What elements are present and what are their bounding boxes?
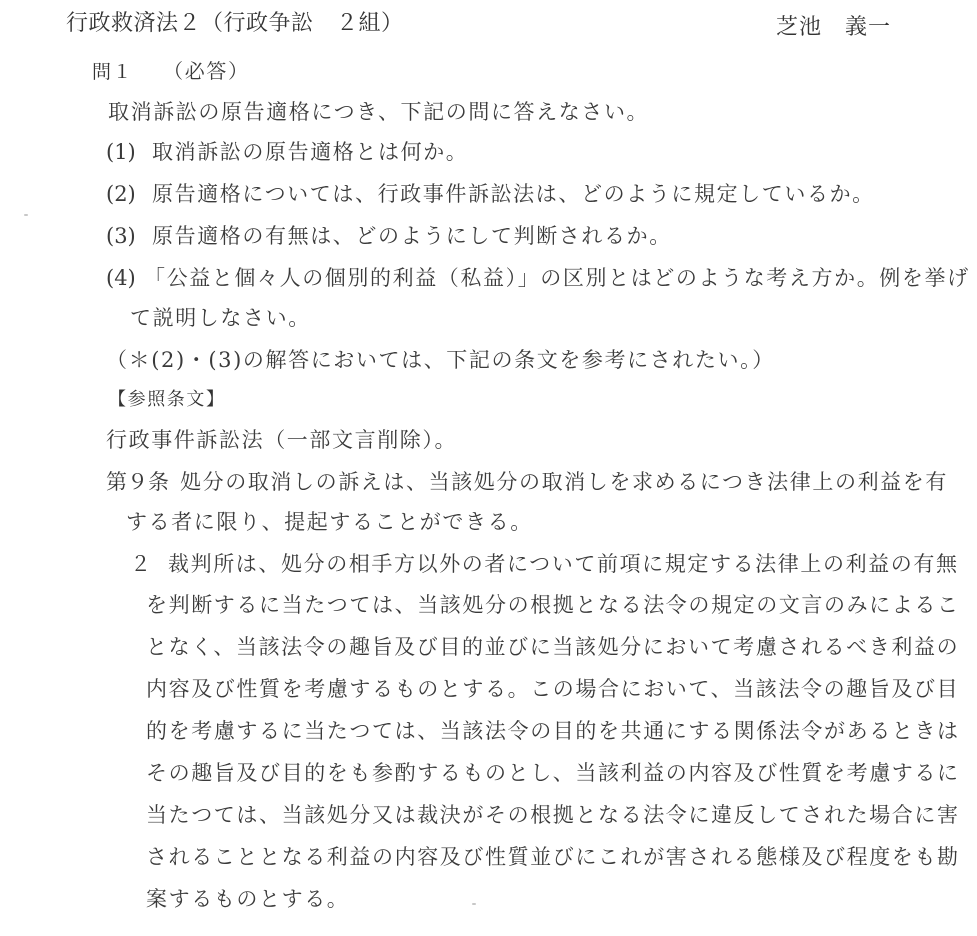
question-heading: 問１ （必答） bbox=[92, 57, 250, 86]
question-footnote: （＊(2)・(3)の解答においては、下記の条文を参考にされたい。） bbox=[106, 346, 775, 374]
question-intro: 取消訴訟の原告適格につき、下記の問に答えなさい。 bbox=[108, 98, 649, 126]
item-number: (2) bbox=[106, 180, 152, 208]
question-item-2: (2)原告適格については、行政事件訴訟法は、どのように規定しているか。 bbox=[106, 180, 875, 208]
paragraph-2-line-5: 的を考慮するに当たつては、当該法令の目的を共通にする関係法令があるときは bbox=[146, 717, 960, 745]
question-item-4-continued: て説明しなさい。 bbox=[130, 304, 311, 332]
scan-speck bbox=[472, 903, 476, 905]
paragraph-2-line-9: 案するものとする。 bbox=[146, 885, 349, 913]
paragraph-2-line-6: その趣旨及び目的をも参酌するものとし、当該利益の内容及び性質を考慮するに bbox=[146, 759, 960, 787]
document-title: 行政救済法２（行政争訟 ２組） bbox=[66, 10, 404, 38]
item-text: 原告適格については、行政事件訴訟法は、どのように規定しているか。 bbox=[152, 182, 875, 206]
paragraph-2-line-7: 当たつては、当該処分又は裁決がその根拠となる法令に違反してされた場合に害 bbox=[146, 801, 960, 829]
author-name: 芝池 義一 bbox=[776, 14, 891, 42]
article-text: 処分の取消しの訴えは、当該処分の取消しを求めるにつき法律上の利益を有 bbox=[180, 470, 948, 494]
item-number: (1) bbox=[106, 138, 152, 166]
item-text: 「公益と個々人の個別的利益（私益）」の区別とはどのような考え方か。例を挙げ bbox=[144, 266, 970, 290]
item-text: 取消訴訟の原告適格とは何か。 bbox=[152, 140, 468, 164]
article-9-line-2: する者に限り、提起することができる。 bbox=[126, 508, 533, 536]
question-item-3: (3)原告適格の有無は、どのようにして判断されるか。 bbox=[106, 222, 672, 250]
paragraph-text: 裁判所は、処分の相手方以外の者について前項に規定する法律上の利益の有無 bbox=[168, 552, 959, 576]
item-text: 原告適格の有無は、どのようにして判断されるか。 bbox=[152, 224, 672, 248]
item-number: (4) bbox=[106, 264, 144, 292]
question-note: （必答） bbox=[163, 59, 249, 83]
question-item-1: (1)取消訴訟の原告適格とは何か。 bbox=[106, 138, 468, 166]
paragraph-number: ２ bbox=[130, 550, 168, 578]
paragraph-2-line-8: されることとなる利益の内容及び性質並びにこれが害される態様及び程度をも勘 bbox=[146, 843, 960, 871]
paragraph-2-line-3: となく、当該法令の趣旨及び目的並びに当該処分において考慮されるべき利益の bbox=[146, 633, 959, 661]
question-label: 問１ bbox=[92, 61, 133, 83]
question-item-4: (4)「公益と個々人の個別的利益（私益）」の区別とはどのような考え方か。例を挙げ bbox=[106, 264, 970, 292]
article-9-line-1: 第９条処分の取消しの訴えは、当該処分の取消しを求めるにつき法律上の利益を有 bbox=[106, 468, 948, 496]
paragraph-2-line-4: 内容及び性質を考慮するものとする。この場合において、当該法令の趣旨及び目 bbox=[146, 675, 959, 703]
item-number: (3) bbox=[106, 222, 152, 250]
paragraph-2-line-2: を判断するに当たつては、当該処分の根拠となる法令の規定の文言のみによるこ bbox=[146, 591, 960, 619]
article-label: 第９条 bbox=[106, 468, 180, 496]
paragraph-2-line-1: ２裁判所は、処分の相手方以外の者について前項に規定する法律上の利益の有無 bbox=[130, 550, 959, 578]
reference-law-name: 行政事件訴訟法（一部文言削除）。 bbox=[106, 426, 457, 454]
scan-speck bbox=[24, 214, 28, 216]
reference-heading: 【参照条文】 bbox=[108, 386, 226, 414]
